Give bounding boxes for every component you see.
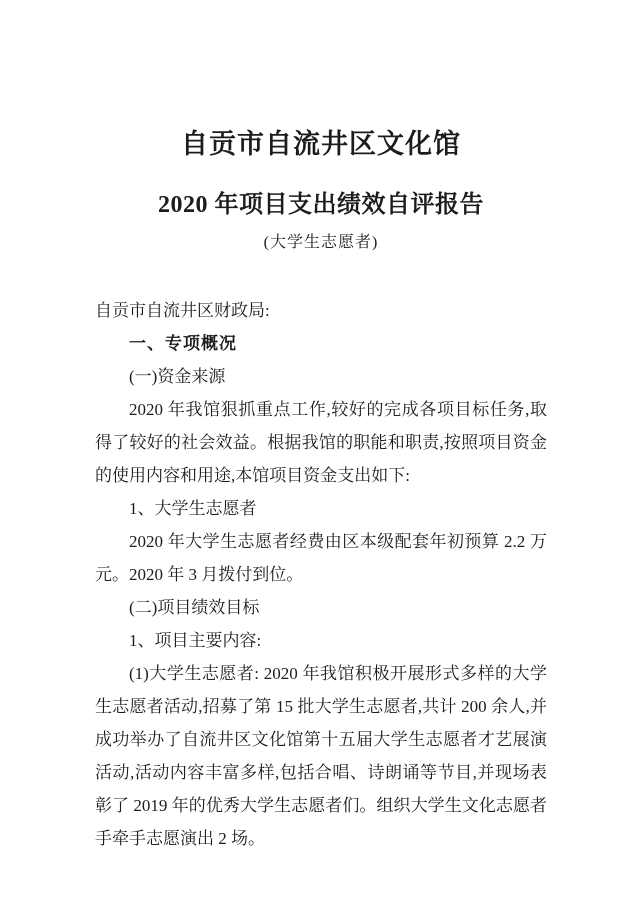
paragraph-volunteer-activities: (1)大学生志愿者: 2020 年我馆积极开展形式多样的大学生志愿者活动,招募了… [95, 657, 547, 855]
paragraph-funding-overview: 2020 年我馆狠抓重点工作,较好的完成各项目标任务,取得了较好的社会效益。根据… [95, 393, 547, 492]
document-content: 自贡市自流井区文化馆 2020 年项目支出绩效自评报告 (大学生志愿者) 自贡市… [95, 0, 547, 855]
paragraph-budget-detail: 2020 年大学生志愿者经费由区本级配套年初预算 2.2 万元。2020 年 3… [95, 525, 547, 591]
subsection-heading-performance-target: (二)项目绩效目标 [95, 591, 547, 624]
paragraph-item-title-volunteers: 1、大学生志愿者 [95, 492, 547, 525]
document-title-report: 2020 年项目支出绩效自评报告 [95, 191, 547, 220]
document-title-org: 自贡市自流井区文化馆 [95, 128, 547, 160]
section-heading-1: 一、专项概况 [95, 327, 547, 360]
document-subtitle: (大学生志愿者) [95, 233, 547, 252]
paragraph-main-content-label: 1、项目主要内容: [95, 624, 547, 657]
salutation: 自贡市自流井区财政局: [95, 294, 547, 327]
subsection-heading-funding-source: (一)资金来源 [95, 360, 547, 393]
document-page: 自贡市自流井区文化馆 2020 年项目支出绩效自评报告 (大学生志愿者) 自贡市… [0, 0, 640, 906]
document-body: 自贡市自流井区财政局: 一、专项概况 (一)资金来源 2020 年我馆狠抓重点工… [95, 294, 547, 855]
